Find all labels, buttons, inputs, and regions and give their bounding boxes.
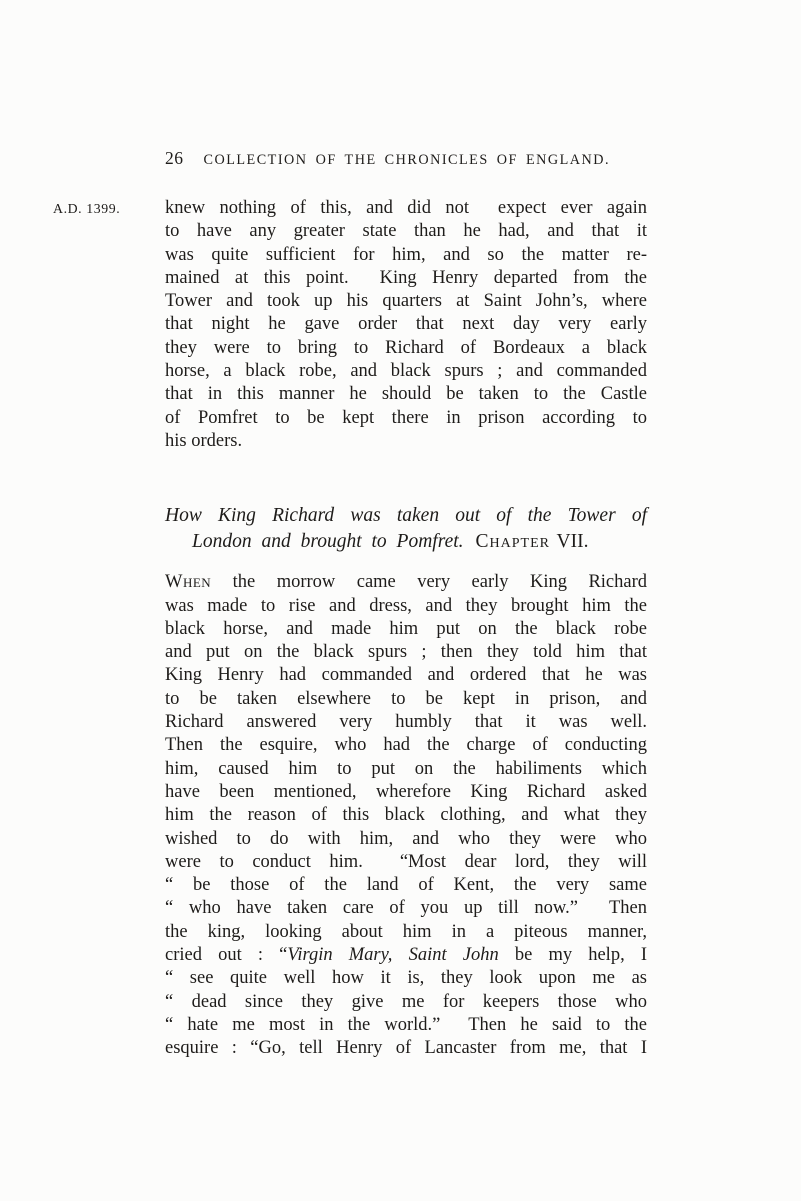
- text-line: him the reason of this black clothing, a…: [165, 804, 647, 827]
- paragraph-lines: was made to rise and dress, and they bro…: [165, 595, 647, 944]
- chapter-numeral: VII.: [557, 531, 589, 552]
- text-line: of Pomfret to be kept there in prison ac…: [165, 407, 647, 430]
- text-line: him, caused him to put on the habiliment…: [165, 758, 647, 781]
- text-line: his orders.: [165, 430, 647, 453]
- page-header: 26 COLLECTION OF THE CHRONICLES OF ENGLA…: [165, 148, 647, 169]
- book-page: 26 COLLECTION OF THE CHRONICLES OF ENGLA…: [0, 0, 801, 1201]
- lead-word-smallcaps: When: [165, 572, 211, 592]
- text-line-first: When the morrow came very early King Ric…: [165, 571, 647, 594]
- text-line: “ hate me most in the world.” Then he sa…: [165, 1014, 647, 1037]
- text-line: “ see quite well how it is, they look up…: [165, 967, 647, 990]
- paragraph-lines: knew nothing of this, and did not expect…: [165, 197, 647, 430]
- text-line: that night he gave order that next day v…: [165, 313, 647, 336]
- quote-prefix: cried out : “: [165, 945, 287, 965]
- text-line: Then the esquire, who had the charge of …: [165, 734, 647, 757]
- text-line: Tower and took up his quarters at Saint …: [165, 290, 647, 313]
- inline-italic-quote: Virgin Mary, Saint John: [287, 945, 498, 965]
- text-line: to have any greater state than he had, a…: [165, 220, 647, 243]
- chapter-label: Chapter VII.: [476, 531, 589, 552]
- chapter-word: Chapter: [476, 531, 550, 552]
- text-line: was made to rise and dress, and they bro…: [165, 595, 647, 618]
- text-line: King Henry had commanded and ordered tha…: [165, 664, 647, 687]
- opening-paragraph: knew nothing of this, and did not expect…: [165, 197, 647, 453]
- paragraph-lines: “ see quite well how it is, they look up…: [165, 967, 647, 1060]
- text-line: the king, looking about him in a piteous…: [165, 921, 647, 944]
- chapter-paragraph: When the morrow came very early King Ric…: [165, 571, 647, 1060]
- chapter-heading-line2: London and brought to Pomfret.Chapter VI…: [165, 529, 647, 555]
- margin-note-date: A.D. 1399.: [53, 201, 120, 217]
- text-line: mained at this point. King Henry departe…: [165, 267, 647, 290]
- text-line: and put on the black spurs ; then they t…: [165, 641, 647, 664]
- chapter-heading: How King Richard was taken out of the To…: [165, 503, 647, 555]
- text-line: knew nothing of this, and did not expect…: [165, 197, 647, 220]
- chapter-heading-line2-text: London and brought to Pomfret.: [192, 531, 464, 552]
- text-line: horse, a black robe, and black spurs ; a…: [165, 360, 647, 383]
- text-line: have been mentioned, wherefore King Rich…: [165, 781, 647, 804]
- first-line-rest: the morrow came very early King Richard: [233, 572, 647, 592]
- text-line: were to conduct him. “Most dear lord, th…: [165, 851, 647, 874]
- text-line: esquire : “Go, tell Henry of Lancaster f…: [165, 1037, 647, 1060]
- text-line: Richard answered very humbly that it was…: [165, 711, 647, 734]
- running-title: COLLECTION OF THE CHRONICLES OF ENGLAND.: [204, 152, 611, 169]
- text-line: “ dead since they give me for keepers th…: [165, 991, 647, 1014]
- text-line: to be taken elsewhere to be kept in pris…: [165, 688, 647, 711]
- chapter-heading-line1: How King Richard was taken out of the To…: [165, 503, 647, 529]
- text-line: was quite sufficient for him, and so the…: [165, 244, 647, 267]
- text-line: they were to bring to Richard of Bordeau…: [165, 337, 647, 360]
- text-line: wished to do with him, and who they were…: [165, 828, 647, 851]
- text-line: “ be those of the land of Kent, the very…: [165, 874, 647, 897]
- text-line-quote: cried out : “Virgin Mary, Saint John be …: [165, 944, 647, 967]
- body-text-column: knew nothing of this, and did not expect…: [165, 197, 647, 1061]
- quote-suffix: be my help, I: [515, 945, 647, 965]
- text-line: that in this manner he should be taken t…: [165, 383, 647, 406]
- page-number: 26: [165, 148, 184, 169]
- text-line: “ who have taken care of you up till now…: [165, 897, 647, 920]
- text-line: black horse, and made him put on the bla…: [165, 618, 647, 641]
